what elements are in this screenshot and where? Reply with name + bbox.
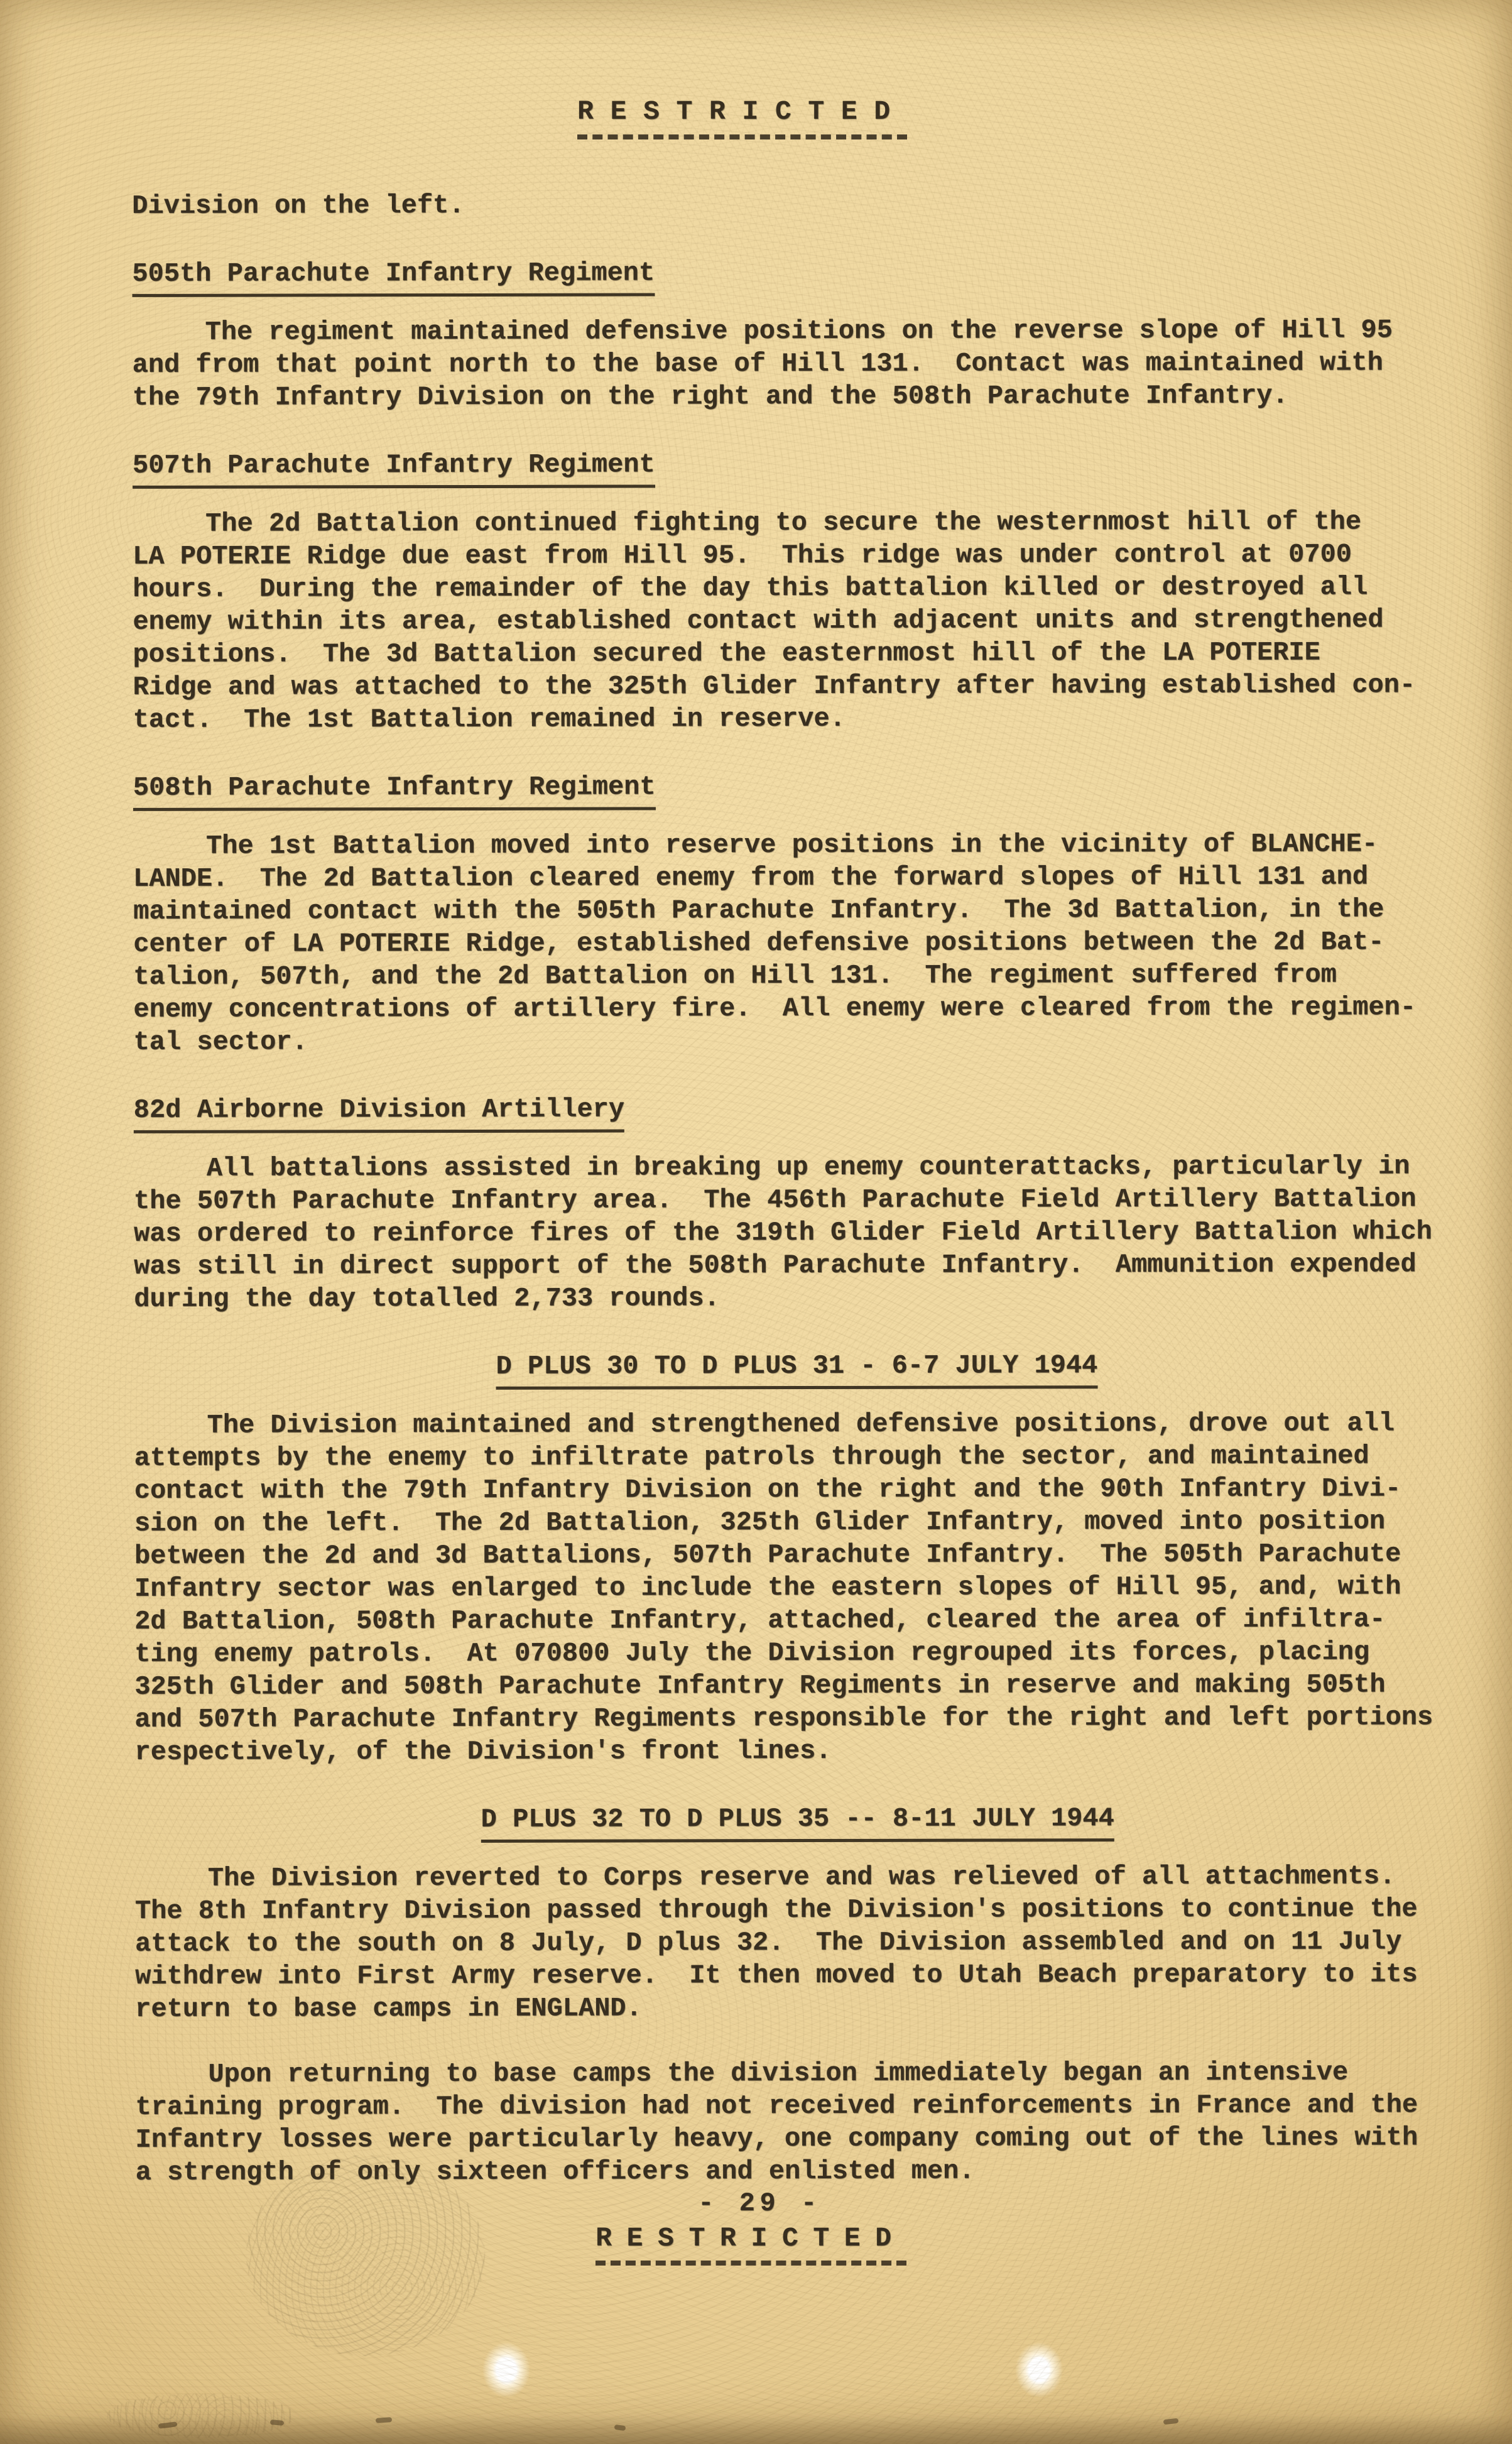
section-heading-507-text: 507th Parachute Infantry Regiment xyxy=(133,448,655,488)
punch-hole-glare-right xyxy=(1015,2342,1063,2398)
classification-banner-top: RESTRICTED xyxy=(0,95,1498,139)
section-heading-artillery: 82d Airborne Division Artillery xyxy=(134,1091,1503,1133)
ink-mark xyxy=(1163,2418,1179,2425)
ink-mark xyxy=(614,2425,626,2431)
continuation-line: Division on the left. xyxy=(132,187,1501,222)
phase-heading-d32-35-text: D PLUS 32 TO D PLUS 35 -- 8-11 JULY 1944 xyxy=(481,1802,1114,1843)
pencil-smudge-bottom xyxy=(107,2394,295,2438)
classification-text-top: RESTRICTED xyxy=(577,95,907,139)
ink-mark xyxy=(158,2421,178,2429)
phase-heading-d32-35: D PLUS 32 TO D PLUS 35 -- 8-11 JULY 1944 xyxy=(113,1801,1482,1843)
page-number: - 29 - xyxy=(4,2188,1512,2219)
classification-text-bottom: RESTRICTED xyxy=(596,2223,906,2266)
phase-d32-35-paragraph-1: The Division reverted to Corps reserve a… xyxy=(135,1860,1504,2026)
section-507-paragraph: The 2d Battalion continued fighting to s… xyxy=(133,505,1503,736)
paper-bottom-shadow xyxy=(0,2415,1512,2444)
document-page: RESTRICTED Division on the left. 505th P… xyxy=(0,0,1512,2444)
phase-heading-d30-31-text: D PLUS 30 TO D PLUS 31 - 6-7 JULY 1944 xyxy=(496,1349,1098,1390)
phase-heading-d30-31: D PLUS 30 TO D PLUS 31 - 6-7 JULY 1944 xyxy=(112,1348,1481,1390)
section-heading-508-text: 508th Parachute Infantry Regiment xyxy=(133,770,656,810)
phase-d32-35-paragraph-2: Upon returning to base camps the divisio… xyxy=(135,2056,1504,2189)
section-heading-artillery-text: 82d Airborne Division Artillery xyxy=(134,1093,624,1133)
punch-hole-glare-left xyxy=(482,2342,530,2398)
section-505-paragraph: The regiment maintained defensive positi… xyxy=(133,314,1502,414)
section-heading-508: 508th Parachute Infantry Regiment xyxy=(133,769,1503,811)
page-footer: - 29 - RESTRICTED xyxy=(0,2188,1512,2266)
phase-d30-31-paragraph: The Division maintained and strengthened… xyxy=(134,1407,1504,1769)
section-508-paragraph: The 1st Battalion moved into reserve pos… xyxy=(133,827,1503,1059)
artillery-paragraph: All battalions assisted in breaking up e… xyxy=(134,1150,1503,1316)
ink-mark xyxy=(270,2419,285,2426)
section-heading-507: 507th Parachute Infantry Regiment xyxy=(133,447,1502,489)
document-body: Division on the left. 505th Parachute In… xyxy=(132,187,1505,2189)
section-heading-505: 505th Parachute Infantry Regiment xyxy=(132,255,1501,297)
ink-mark xyxy=(376,2417,392,2423)
classification-banner-bottom: RESTRICTED xyxy=(0,2223,1507,2266)
section-heading-505-text: 505th Parachute Infantry Regiment xyxy=(132,256,655,297)
